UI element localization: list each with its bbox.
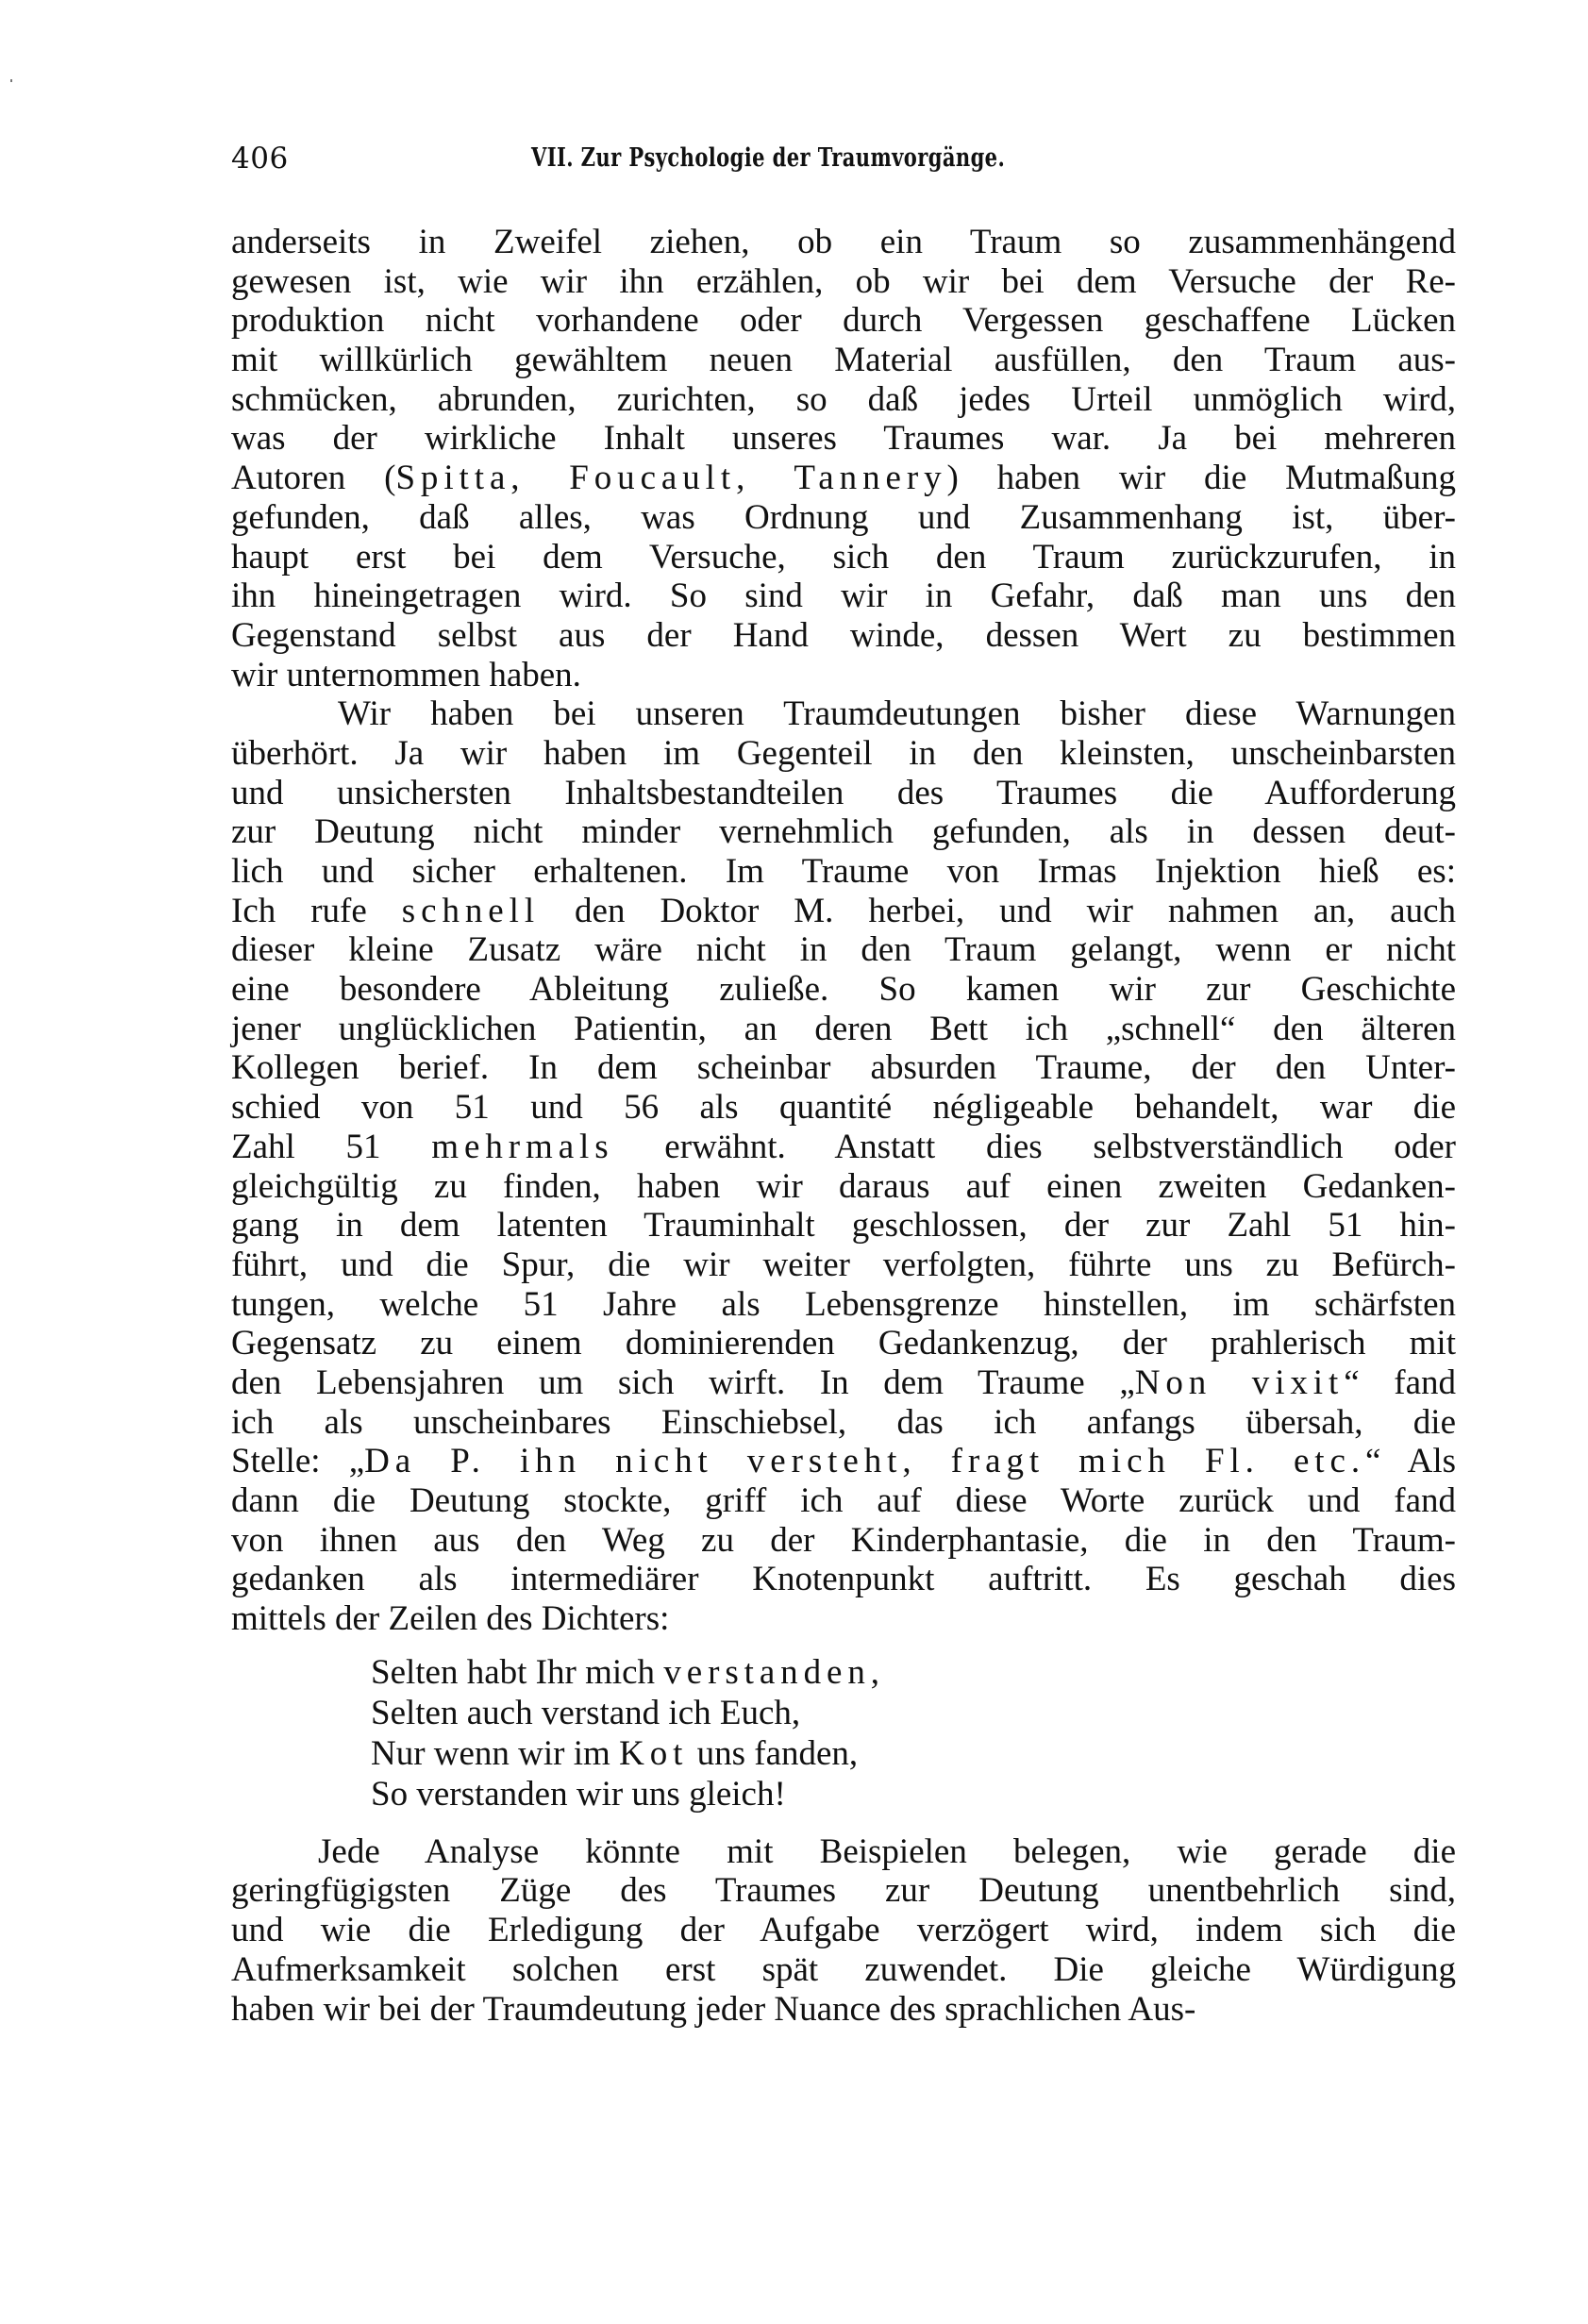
- text-run: lich und sicher erhaltenen. Im Traume vo…: [231, 852, 1456, 891]
- text-run: Autoren (: [231, 459, 395, 497]
- text-line: Gegensatz zu einem dominierenden Gedanke…: [231, 1324, 1456, 1363]
- text-line: dann die Deutung stockte, griff ich auf …: [231, 1481, 1456, 1521]
- text-line: mit willkürlich gewähltem neuen Material…: [231, 341, 1456, 380]
- text-run: und unsichersten Inhaltsbestandteilen de…: [231, 774, 1456, 812]
- text-line: anderseits in Zweifel ziehen, ob ein Tra…: [231, 223, 1456, 262]
- text-line: was der wirkliche Inhalt unseres Traumes…: [231, 419, 1456, 459]
- text-line: haben wir bei der Traumdeutung jeder Nua…: [231, 1990, 1456, 2030]
- text-run: “ Als: [1365, 1442, 1456, 1480]
- text-run: Zahl 51: [231, 1128, 431, 1166]
- text-run: “ fand: [1344, 1363, 1456, 1402]
- text-run: Jede Analyse könnte mit Beispielen beleg…: [318, 1832, 1456, 1871]
- text-line: gang in dem latenten Trauminhalt geschlo…: [231, 1206, 1456, 1246]
- emphasized-text: schnell: [402, 892, 540, 930]
- text-run: haben wir bei der Traumdeutung jeder Nua…: [231, 1990, 1195, 2029]
- text-run: haupt erst bei dem Versuche, sich den Tr…: [231, 538, 1456, 577]
- text-run: ich als unscheinbares Einschiebsel, das …: [231, 1403, 1456, 1442]
- text-run: Stelle: „: [231, 1442, 364, 1480]
- emphasized-text: Spitta, Foucault, Tannery: [395, 459, 946, 497]
- emphasized-text: verstanden: [663, 1653, 870, 1692]
- poem-line: Selten auch verstand ich Euch,: [371, 1694, 1456, 1734]
- text-line: von ihnen aus den Weg zu der Kinderphant…: [231, 1521, 1456, 1561]
- emphasized-text: Kot: [619, 1734, 688, 1773]
- text-run: produktion nicht vorhandene oder durch V…: [231, 301, 1456, 340]
- text-run: und wie die Erledigung der Aufgabe verzö…: [231, 1911, 1456, 1949]
- emphasized-text: mehrmals: [431, 1128, 613, 1166]
- text-run: was der wirkliche Inhalt unseres Traumes…: [231, 419, 1456, 458]
- text-line: Jede Analyse könnte mit Beispielen beleg…: [231, 1832, 1456, 1872]
- text-run: Aufmerksamkeit solchen erst spät zuwende…: [231, 1950, 1456, 1989]
- text-line: Gegenstand selbst aus der Hand winde, de…: [231, 616, 1456, 656]
- text-run: anderseits in Zweifel ziehen, ob ein Tra…: [231, 223, 1456, 261]
- emphasized-text: Da P. ihn nicht versteht, fragt mich Fl.…: [364, 1442, 1365, 1480]
- poem-line: So verstanden wir uns gleich!: [371, 1775, 1456, 1815]
- text-line: schmücken, abrunden, zurichten, so daß j…: [231, 380, 1456, 420]
- running-head: 406 VII. Zur Psychologie der Traumvorgän…: [231, 142, 1456, 183]
- text-run: Wir haben bei unseren Traumdeutungen bis…: [338, 694, 1456, 733]
- text-run: gefunden, daß alles, was Ordnung und Zus…: [231, 498, 1456, 537]
- text-run: wir unternommen haben.: [231, 656, 581, 694]
- text-run: Gegenstand selbst aus der Hand winde, de…: [231, 616, 1456, 655]
- text-line: Autoren (Spitta, Foucault, Tannery) habe…: [231, 459, 1456, 498]
- poem-line: Nur wenn wir im Kot uns fanden,: [371, 1734, 1456, 1775]
- text-line: und unsichersten Inhaltsbestandteilen de…: [231, 774, 1456, 813]
- text-line: Stelle: „Da P. ihn nicht versteht, fragt…: [231, 1442, 1456, 1481]
- text-line: gefunden, daß alles, was Ordnung und Zus…: [231, 498, 1456, 538]
- text-run: tungen, welche 51 Jahre als Lebensgrenze…: [231, 1285, 1456, 1324]
- text-run: ihn hineingetragen wird. So sind wir in …: [231, 577, 1456, 615]
- text-line: schied von 51 und 56 als quantité néglig…: [231, 1088, 1456, 1128]
- text-line: führt, und die Spur, die wir weiter verf…: [231, 1246, 1456, 1285]
- text-line: den Lebensjahren um sich wirft. In dem T…: [231, 1363, 1456, 1403]
- text-run: Gegensatz zu einem dominierenden Gedanke…: [231, 1324, 1456, 1363]
- text-line: lich und sicher erhaltenen. Im Traume vo…: [231, 852, 1456, 892]
- text-line: haupt erst bei dem Versuche, sich den Tr…: [231, 538, 1456, 577]
- poem-quote: Selten habt Ihr mich verstanden,Selten a…: [371, 1653, 1456, 1815]
- text-run: ,: [871, 1653, 879, 1692]
- emphasized-text: Non vixit: [1135, 1363, 1344, 1402]
- text-run: Ich rufe: [231, 892, 402, 930]
- text-run: mit willkürlich gewähltem neuen Material…: [231, 341, 1456, 379]
- paragraph-2: Wir haben bei unseren Traumdeutungen bis…: [231, 694, 1456, 1639]
- text-run: gedanken als intermediärer Knotenpunkt a…: [231, 1560, 1456, 1598]
- text-run: Selten auch verstand ich Euch,: [371, 1694, 800, 1732]
- text-run: den Lebensjahren um sich wirft. In dem T…: [231, 1363, 1135, 1402]
- text-run: geringfügigsten Züge des Traumes zur Deu…: [231, 1871, 1456, 1910]
- text-line: mittels der Zeilen des Dichters:: [231, 1599, 1456, 1639]
- book-page: 406 VII. Zur Psychologie der Traumvorgän…: [0, 0, 1588, 2324]
- text-line: Aufmerksamkeit solchen erst spät zuwende…: [231, 1950, 1456, 1990]
- text-run: gleichgültig zu finden, haben wir daraus…: [231, 1167, 1456, 1206]
- text-line: produktion nicht vorhandene oder durch V…: [231, 301, 1456, 341]
- text-run: Selten habt Ihr mich: [371, 1653, 663, 1692]
- text-run: zur Deutung nicht minder vernehmlich gef…: [231, 812, 1456, 851]
- text-run: den Doktor M. herbei, und wir nahmen an,…: [540, 892, 1456, 930]
- text-line: jener unglücklichen Patientin, an deren …: [231, 1010, 1456, 1049]
- text-line: gedanken als intermediärer Knotenpunkt a…: [231, 1560, 1456, 1599]
- text-run: schmücken, abrunden, zurichten, so daß j…: [231, 380, 1456, 419]
- text-line: ich als unscheinbares Einschiebsel, das …: [231, 1403, 1456, 1443]
- text-line: gewesen ist, wie wir ihn erzählen, ob wi…: [231, 262, 1456, 302]
- text-run: von ihnen aus den Weg zu der Kinderphant…: [231, 1521, 1456, 1560]
- text-line: Kollegen berief. In dem scheinbar absurd…: [231, 1048, 1456, 1088]
- text-run: gewesen ist, wie wir ihn erzählen, ob wi…: [231, 262, 1456, 301]
- text-run: uns fanden,: [688, 1734, 858, 1773]
- text-run: gang in dem latenten Trauminhalt geschlo…: [231, 1206, 1456, 1245]
- text-run: jener unglücklichen Patientin, an deren …: [231, 1010, 1456, 1048]
- text-line: zur Deutung nicht minder vernehmlich gef…: [231, 812, 1456, 852]
- text-line: ihn hineingetragen wird. So sind wir in …: [231, 577, 1456, 616]
- text-run: dieser kleine Zusatz wäre nicht in den T…: [231, 930, 1456, 969]
- text-line: wir unternommen haben.: [231, 656, 1456, 695]
- body-text: anderseits in Zweifel ziehen, ob ein Tra…: [231, 223, 1456, 2029]
- text-run: führt, und die Spur, die wir weiter verf…: [231, 1246, 1456, 1284]
- text-run: ) haben wir die Mutmaßung: [947, 459, 1457, 497]
- text-run: überhört. Ja wir haben im Gegenteil in d…: [231, 734, 1456, 773]
- text-line: geringfügigsten Züge des Traumes zur Deu…: [231, 1871, 1456, 1911]
- text-run: eine besondere Ableitung zuließe. So kam…: [231, 970, 1456, 1009]
- text-line: Zahl 51 mehrmals erwähnt. Anstatt dies s…: [231, 1128, 1456, 1167]
- text-run: dann die Deutung stockte, griff ich auf …: [231, 1481, 1456, 1520]
- text-run: schied von 51 und 56 als quantité néglig…: [231, 1088, 1456, 1127]
- text-line: Ich rufe schnell den Doktor M. herbei, u…: [231, 892, 1456, 931]
- text-line: eine besondere Ableitung zuließe. So kam…: [231, 970, 1456, 1010]
- scan-speck: [10, 79, 12, 82]
- poem-line: Selten habt Ihr mich verstanden,: [371, 1653, 1456, 1694]
- text-line: tungen, welche 51 Jahre als Lebensgrenze…: [231, 1285, 1456, 1325]
- text-line: und wie die Erledigung der Aufgabe verzö…: [231, 1911, 1456, 1950]
- paragraph-3: Jede Analyse könnte mit Beispielen beleg…: [231, 1832, 1456, 2029]
- paragraph-1: anderseits in Zweifel ziehen, ob ein Tra…: [231, 223, 1456, 694]
- page-number: 406: [231, 142, 289, 176]
- text-line: dieser kleine Zusatz wäre nicht in den T…: [231, 930, 1456, 970]
- text-run: So verstanden wir uns gleich!: [371, 1775, 786, 1814]
- text-run: Nur wenn wir im: [371, 1734, 619, 1773]
- text-line: gleichgültig zu finden, haben wir daraus…: [231, 1167, 1456, 1207]
- text-line: Wir haben bei unseren Traumdeutungen bis…: [231, 694, 1456, 734]
- text-run: erwähnt. Anstatt dies selbstverständlich…: [614, 1128, 1456, 1166]
- chapter-title: VII. Zur Psychologie der Traumvorgänge.: [531, 143, 1005, 173]
- text-line: überhört. Ja wir haben im Gegenteil in d…: [231, 734, 1456, 774]
- text-run: mittels der Zeilen des Dichters:: [231, 1599, 669, 1638]
- text-run: Kollegen berief. In dem scheinbar absurd…: [231, 1048, 1456, 1087]
